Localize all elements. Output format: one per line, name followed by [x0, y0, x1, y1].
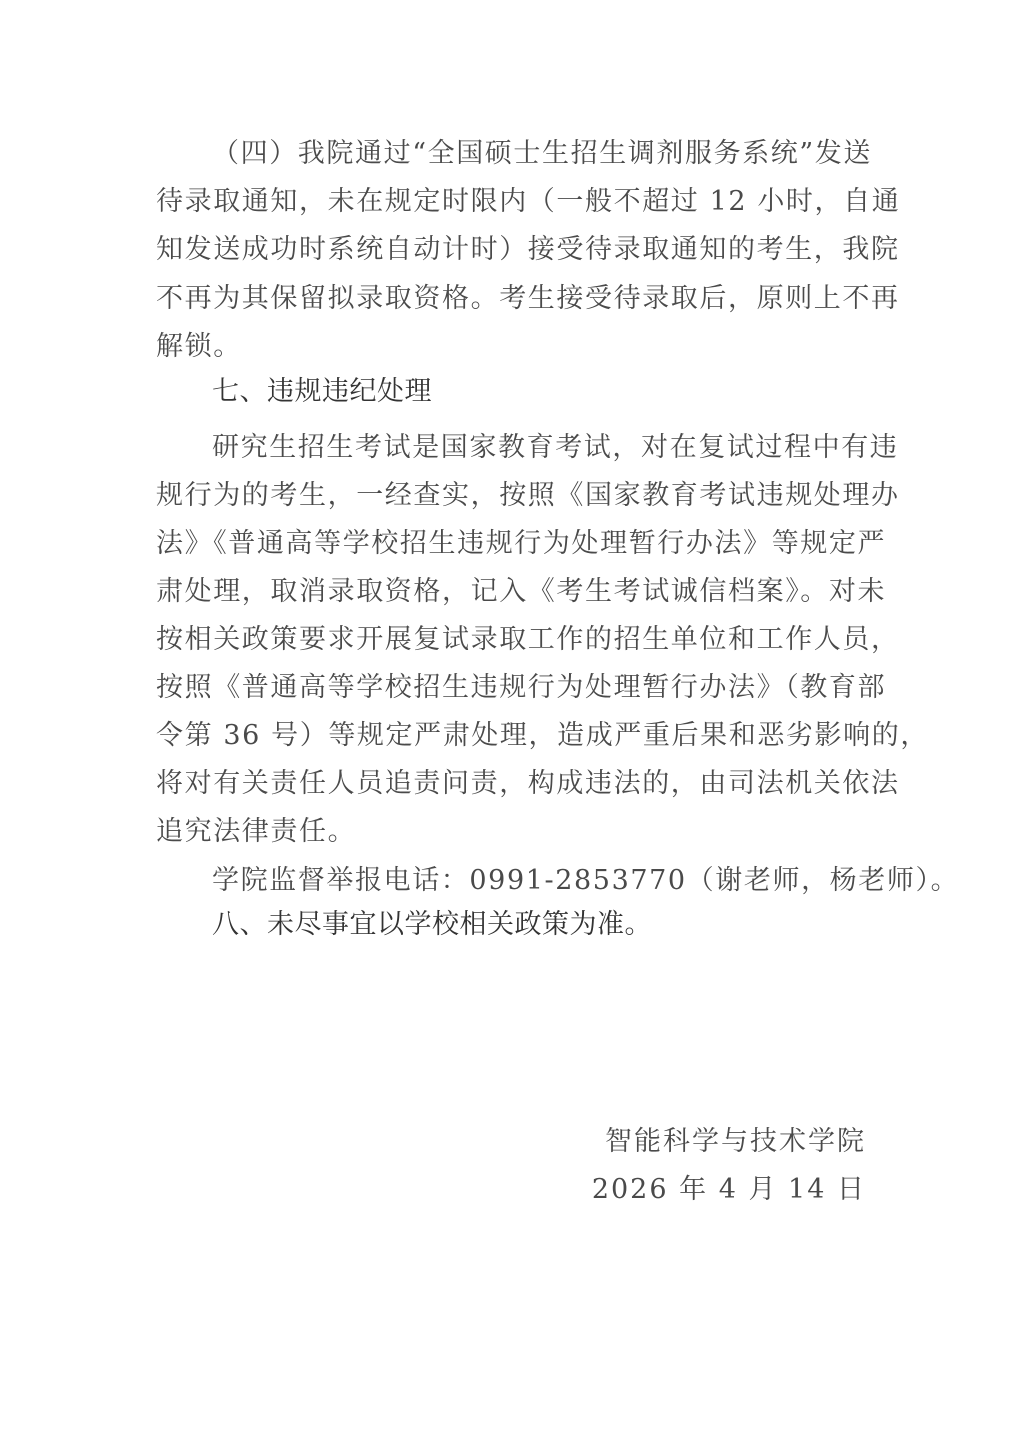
paragraph-line: 研究生招生考试是国家教育考试，对在复试过程中有违	[212, 424, 868, 472]
paragraph-line: 待录取通知，未在规定时限内（一般不超过 12 小时，自通	[156, 178, 868, 226]
section-heading: 八、未尽事宜以学校相关政策为准。	[212, 901, 652, 949]
paragraph-line: 按照《普通高等学校招生违规行为处理暂行办法》（教育部	[156, 664, 868, 712]
paragraph-line: 规行为的考生，一经查实，按照《国家教育考试违规处理办	[156, 472, 868, 520]
paragraph-line: 追究法律责任。	[156, 808, 868, 856]
paragraph-line: 法》《普通高等学校招生违规行为处理暂行办法》等规定严	[156, 520, 868, 568]
hotline-text: 学院监督举报电话：0991-2853770（谢老师，杨老师）。	[212, 857, 868, 905]
signature-date: 2026 年 4 月 14 日	[592, 1166, 866, 1214]
paragraph-line: 解锁。	[156, 323, 868, 371]
paragraph-line: 按相关政策要求开展复试录取工作的招生单位和工作人员，	[156, 616, 868, 664]
paragraph-line: （四）我院通过“全国硕士生招生调剂服务系统”发送	[212, 130, 868, 178]
paragraph-line: 肃处理，取消录取资格，记入《考生考试诚信档案》。对未	[156, 568, 868, 616]
paragraph-line: 将对有关责任人员追责问责，构成违法的，由司法机关依法	[156, 760, 868, 808]
document-page: （四）我院通过“全国硕士生招生调剂服务系统”发送 待录取通知，未在规定时限内（一…	[0, 0, 1024, 1448]
paragraph-line: 知发送成功时系统自动计时）接受待录取通知的考生，我院	[156, 226, 868, 274]
paragraph-line: 令第 36 号）等规定严肃处理，造成严重后果和恶劣影响的，	[156, 712, 868, 760]
signature-organization: 智能科学与技术学院	[605, 1118, 866, 1166]
section-heading: 七、违规违纪处理	[212, 368, 432, 416]
paragraph-line: 不再为其保留拟录取资格。考生接受待录取后，原则上不再	[156, 275, 868, 323]
